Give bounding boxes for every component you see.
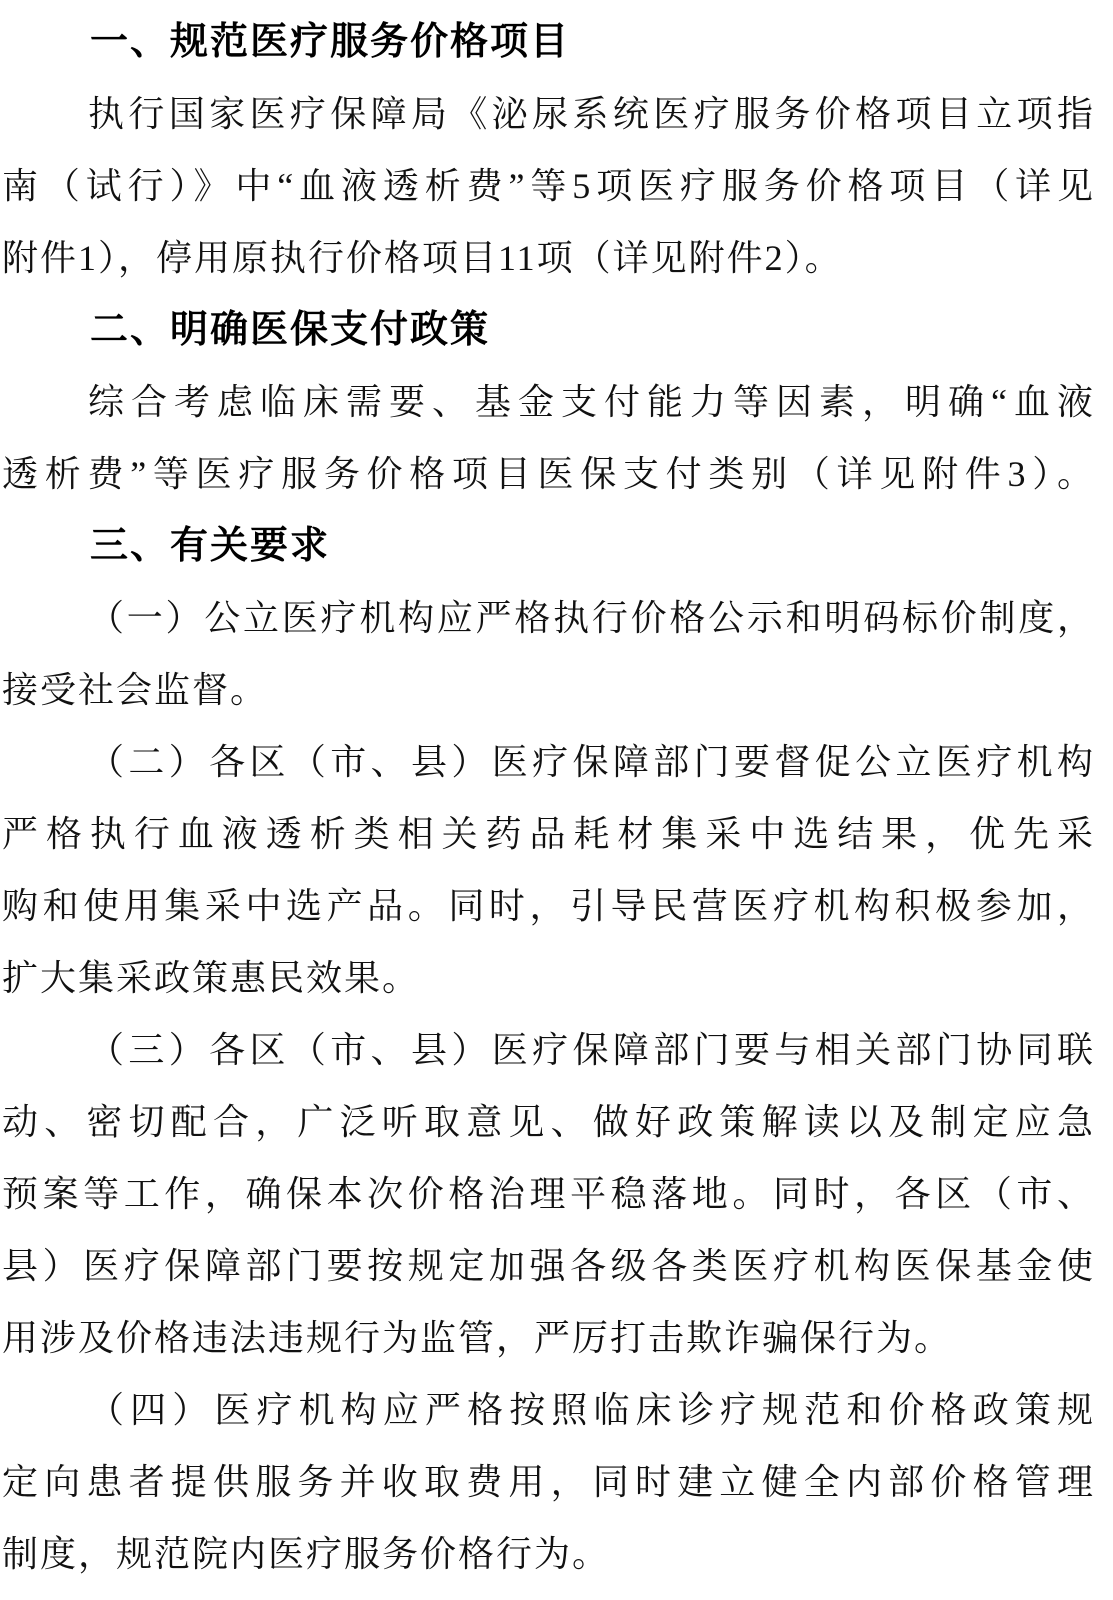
document-line: 严格执行血液透析类相关药品耗材集采中选结果，优先采 xyxy=(2,798,1095,870)
document-line: 南（试行）》中“血液透析费”等5项医疗服务价格项目（详见 xyxy=(2,150,1095,222)
document-line: 动、密切配合，广泛听取意见、做好政策解读以及制定应急 xyxy=(2,1086,1095,1158)
document-line: 综合考虑临床需要、基金支付能力等因素，明确“血液 xyxy=(2,366,1095,438)
document-line: 用涉及价格违法违规行为监管，严厉打击欺诈骗保行为。 xyxy=(2,1302,1095,1374)
paragraph: （二）各区（市、县）医疗保障部门要督促公立医疗机构 严格执行血液透析类相关药品耗… xyxy=(2,726,1095,1014)
paragraph: 执行国家医疗保障局《泌尿系统医疗服务价格项目立项指 南（试行）》中“血液透析费”… xyxy=(2,78,1095,294)
section-3-heading: 三、有关要求 xyxy=(2,510,1095,582)
document-line: 定向患者提供服务并收取费用，同时建立健全内部价格管理 xyxy=(2,1446,1095,1518)
section-1: 一、规范医疗服务价格项目 执行国家医疗保障局《泌尿系统医疗服务价格项目立项指 南… xyxy=(2,6,1095,294)
paragraph: 综合考虑临床需要、基金支付能力等因素，明确“血液 透析费”等医疗服务价格项目医保… xyxy=(2,366,1095,510)
document-page: 一、规范医疗服务价格项目 执行国家医疗保障局《泌尿系统医疗服务价格项目立项指 南… xyxy=(0,0,1113,1600)
document-line: 附件1），停用原执行价格项目11项（详见附件2）。 xyxy=(2,222,1095,294)
document-line: （四）医疗机构应严格按照临床诊疗规范和价格政策规 xyxy=(2,1374,1095,1446)
section-3: 三、有关要求 （一）公立医疗机构应严格执行价格公示和明码标价制度， 接受社会监督… xyxy=(2,510,1095,1590)
document-line: 接受社会监督。 xyxy=(2,654,1095,726)
document-line: 透析费”等医疗服务价格项目医保支付类别（详见附件3）。 xyxy=(2,438,1095,510)
document-line: 扩大集采政策惠民效果。 xyxy=(2,942,1095,1014)
document-line: 县）医疗保障部门要按规定加强各级各类医疗机构医保基金使 xyxy=(2,1230,1095,1302)
document-line: 制度，规范院内医疗服务价格行为。 xyxy=(2,1518,1095,1590)
document-line: 预案等工作，确保本次价格治理平稳落地。同时，各区（市、 xyxy=(2,1158,1095,1230)
document-line: （二）各区（市、县）医疗保障部门要督促公立医疗机构 xyxy=(2,726,1095,798)
document-line: （三）各区（市、县）医疗保障部门要与相关部门协同联 xyxy=(2,1014,1095,1086)
section-2: 二、明确医保支付政策 综合考虑临床需要、基金支付能力等因素，明确“血液 透析费”… xyxy=(2,294,1095,510)
paragraph: （一）公立医疗机构应严格执行价格公示和明码标价制度， 接受社会监督。 xyxy=(2,582,1095,726)
document-line: （一）公立医疗机构应严格执行价格公示和明码标价制度， xyxy=(2,582,1095,654)
document-line: 执行国家医疗保障局《泌尿系统医疗服务价格项目立项指 xyxy=(2,78,1095,150)
paragraph: （三）各区（市、县）医疗保障部门要与相关部门协同联 动、密切配合，广泛听取意见、… xyxy=(2,1014,1095,1374)
paragraph: （四）医疗机构应严格按照临床诊疗规范和价格政策规 定向患者提供服务并收取费用，同… xyxy=(2,1374,1095,1590)
section-1-heading: 一、规范医疗服务价格项目 xyxy=(2,6,1095,78)
section-2-heading: 二、明确医保支付政策 xyxy=(2,294,1095,366)
document-line: 购和使用集采中选产品。同时，引导民营医疗机构积极参加， xyxy=(2,870,1095,942)
